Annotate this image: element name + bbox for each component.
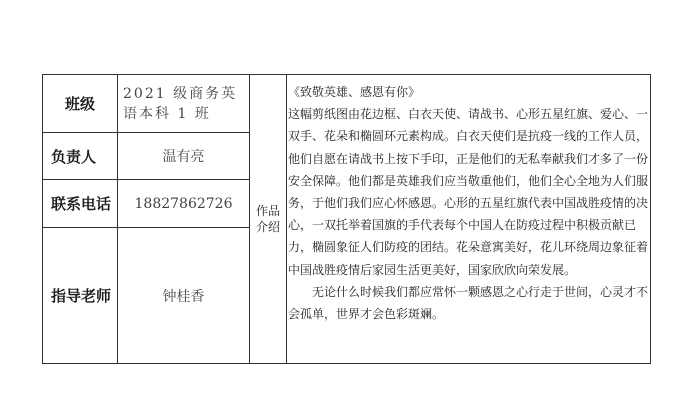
intro-paragraph-1: 这幅剪纸图由花边框、白衣天使、请战书、心形五星红旗、爱心、一双手、花朵和椭圆环元… [288, 103, 648, 281]
phone-value: 18827862726 [118, 180, 249, 227]
advisor-value: 钟桂香 [118, 228, 249, 363]
class-label: 班级 [43, 75, 117, 132]
leader-label: 负责人 [43, 133, 117, 179]
intro-label-line1: 作品 [256, 203, 280, 219]
info-table: 班级 2021 级商务英语本科 1 班 负责人 温有亮 联系电话 1882786… [42, 74, 651, 364]
intro-label: 作品 介绍 [250, 75, 286, 363]
advisor-label: 指导老师 [43, 228, 117, 363]
intro-title: 《致敬英雄、感恩有你》 [288, 81, 648, 103]
leader-value: 温有亮 [118, 133, 249, 179]
intro-content: 《致敬英雄、感恩有你》 这幅剪纸图由花边框、白衣天使、请战书、心形五星红旗、爱心… [288, 81, 648, 325]
class-value: 2021 级商务英语本科 1 班 [118, 75, 249, 132]
intro-label-line2: 介绍 [256, 219, 280, 235]
intro-paragraph-2: 无论什么时候我们都应常怀一颗感恩之心行走于世间，心灵才不会孤单，世界才会色彩斑斓… [288, 281, 648, 325]
divider [286, 75, 287, 363]
phone-label: 联系电话 [43, 180, 117, 227]
